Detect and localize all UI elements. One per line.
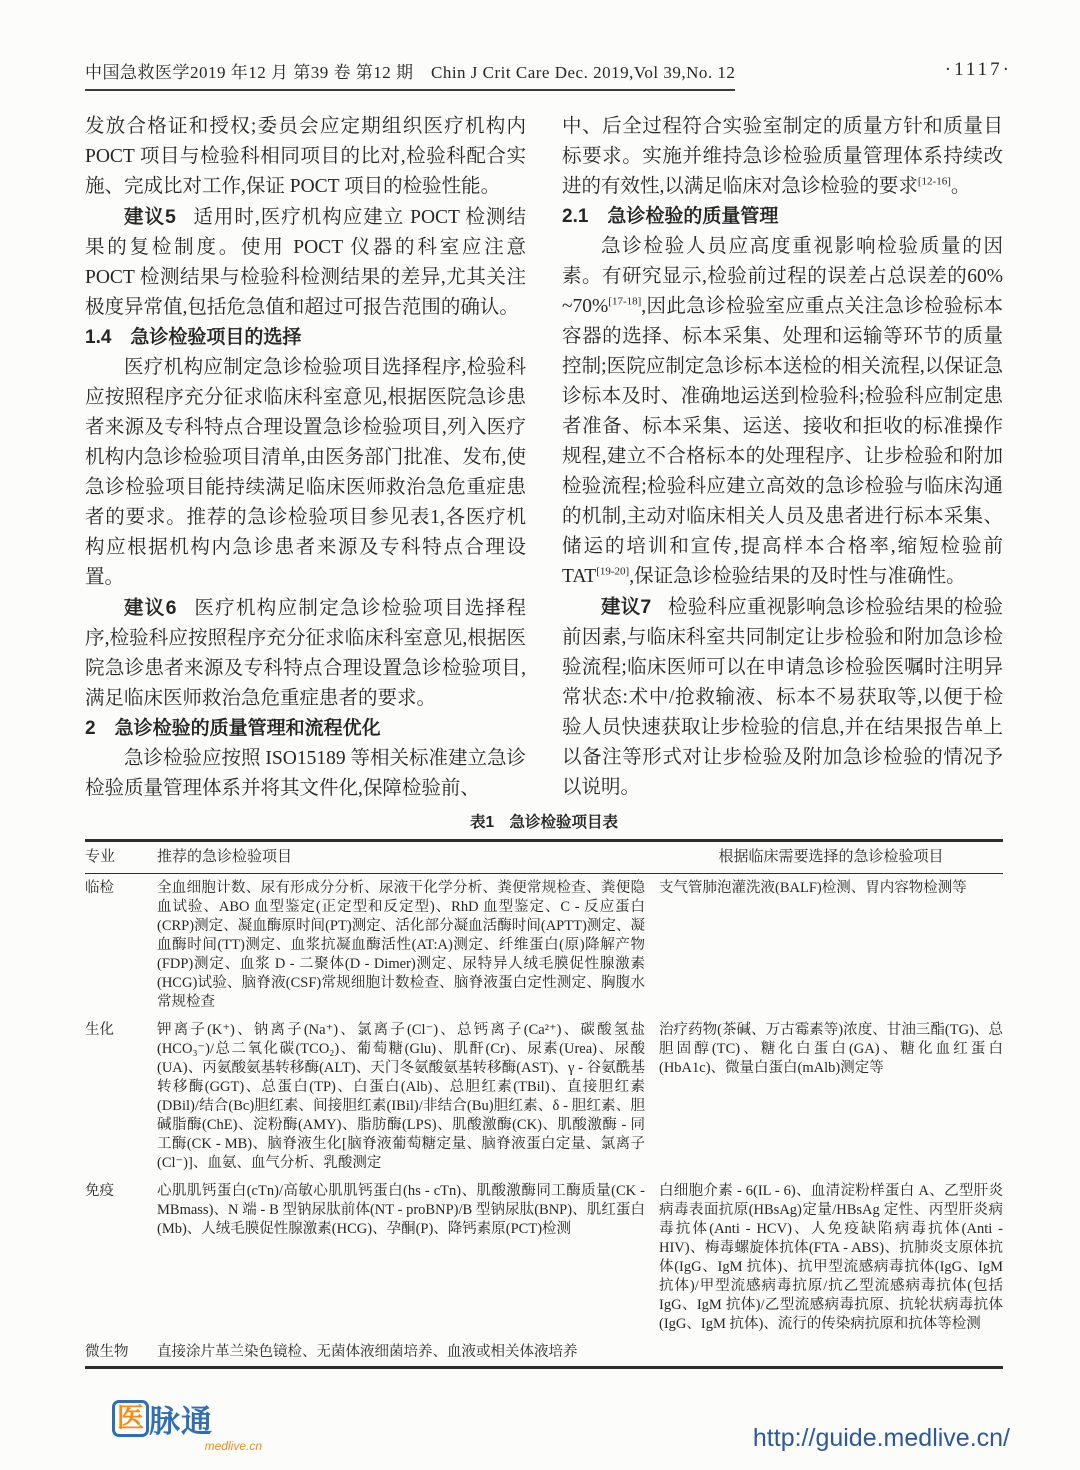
table-row: 免疫 心肌肌钙蛋白(cTn)/高敏心肌肌钙蛋白(hs - cTn)、肌酸激酶同工… xyxy=(85,1177,1003,1338)
section-heading-1-4: 1.4 急诊检验项目的选择 xyxy=(85,323,526,353)
column-header-recommended: 推荐的急诊检验项目 xyxy=(157,841,659,874)
recommended-cell: 直接涂片革兰染色镜检、无菌体液细菌培养、血液或相关体液培养 xyxy=(157,1338,659,1368)
logo-domain-caption: medlive.cn xyxy=(112,1439,262,1453)
table-1-emergency-test-items: 表1 急诊检验项目表 专业 推荐的急诊检验项目 根据临床需要选择的急诊检验项目 … xyxy=(85,810,1003,1369)
page-number: ·1117· xyxy=(945,59,1012,91)
paragraph-text: ,保证急诊检验结果的及时性与准确性。 xyxy=(629,566,965,587)
article-body: 发放合格证和授权;委员会应定期组织医疗机构内POCT 项目与检验科相同项目的比对… xyxy=(85,112,1003,804)
recommended-cell: 钾离子(K⁺)、钠离子(Na⁺)、氯离子(Cl⁻)、总钙离子(Ca²⁺)、碳酸氢… xyxy=(157,1016,659,1177)
section-heading-2: 2 急诊检验的质量管理和流程优化 xyxy=(85,714,526,744)
table-title: 表1 急诊检验项目表 xyxy=(85,810,1003,832)
optional-cell xyxy=(659,1338,1003,1368)
paragraph: 中、后全过程符合实验室制定的质量方针和质量目标要求。实施并维持急诊检验质量管理体… xyxy=(562,112,1003,202)
table-row: 生化 钾离子(K⁺)、钠离子(Na⁺)、氯离子(Cl⁻)、总钙离子(Ca²⁺)、… xyxy=(85,1016,1003,1177)
optional-cell: 治疗药物(茶碱、万古霉素等)浓度、甘油三酯(TG)、总胆固醇(TC)、糖化白蛋白… xyxy=(659,1016,1003,1177)
recommendation-6-label: 建议6 xyxy=(124,597,176,619)
column-header-optional: 根据临床需要选择的急诊检验项目 xyxy=(659,841,1003,874)
recommendation-7-label: 建议7 xyxy=(601,596,651,618)
guide-url-link[interactable]: http://guide.medlive.cn/ xyxy=(753,1424,1010,1453)
optional-cell: 支气管肺泡灌洗液(BALF)检测、胃内容物检测等 xyxy=(659,874,1003,1017)
paragraph-text: ,因此急诊检验室应重点关注急诊检验标本容器的选择、标本采集、处理和运输等环节的质… xyxy=(562,296,1003,587)
logo-wordmark: 脉通 xyxy=(149,1396,213,1441)
citation-ref: [19-20] xyxy=(596,566,629,578)
column-header-specialty: 专业 xyxy=(85,841,157,874)
section-heading-2-1: 2.1 急诊检验的质量管理 xyxy=(562,202,1003,232)
recommendation-5-label: 建议5 xyxy=(124,206,176,228)
test-items-table: 专业 推荐的急诊检验项目 根据临床需要选择的急诊检验项目 临检 全血细胞计数、尿… xyxy=(85,839,1003,1369)
paragraph: 急诊检验应按照 ISO15189 等相关标准建立急诊检验质量管理体系并将其文件化… xyxy=(85,744,526,804)
specialty-cell: 生化 xyxy=(85,1016,157,1177)
recommendation-6: 建议6医疗机构应制定急诊检验项目选择程序,检验科应按照程序充分征求临床科室意见,… xyxy=(85,593,526,714)
specialty-cell: 微生物 xyxy=(85,1338,157,1368)
citation-ref: [17-18] xyxy=(608,296,641,308)
paragraph: 急诊检验人员应高度重视影响检验质量的因素。有研究显示,检验前过程的误差占总误差的… xyxy=(562,232,1003,592)
recommended-cell: 心肌肌钙蛋白(cTn)/高敏心肌肌钙蛋白(hs - cTn)、肌酸激酶同工酶质量… xyxy=(157,1177,659,1338)
recommended-cell: 全血细胞计数、尿有形成分分析、尿液干化学分析、粪便常规检查、粪便隐血试验、ABO… xyxy=(157,874,659,1017)
specialty-cell: 免疫 xyxy=(85,1177,157,1338)
journal-title-line: 中国急救医学2019 年12 月 第39 卷 第12 期 Chin J Crit… xyxy=(85,58,735,91)
specialty-cell: 临检 xyxy=(85,874,157,1017)
citation-ref: [12-16] xyxy=(918,176,951,188)
journal-page: 中国急救医学2019 年12 月 第39 卷 第12 期 Chin J Crit… xyxy=(0,0,1080,1470)
optional-cell: 白细胞介素 - 6(IL - 6)、血清淀粉样蛋白 A、乙型肝炎病毒表面抗原(H… xyxy=(659,1177,1003,1338)
recommendation-7-text: 检验科应重视影响急诊检验结果的检验前因素,与临床科室共同制定让步检验和附加急诊检… xyxy=(562,597,1003,798)
medlive-logo: 医 脉通 medlive.cn xyxy=(112,1396,262,1453)
paragraph: 发放合格证和授权;委员会应定期组织医疗机构内POCT 项目与检验科相同项目的比对… xyxy=(85,112,526,202)
medlive-logo-icon: 医 脉通 xyxy=(112,1396,262,1441)
paragraph: 医疗机构应制定急诊检验项目选择程序,检验科应按照程序充分征求临床科室意见,根据医… xyxy=(85,353,526,593)
table-row: 微生物 直接涂片革兰染色镜检、无菌体液细菌培养、血液或相关体液培养 xyxy=(85,1338,1003,1368)
paragraph-text: 。 xyxy=(951,176,971,197)
table-header-row: 专业 推荐的急诊检验项目 根据临床需要选择的急诊检验项目 xyxy=(85,841,1003,874)
running-head: 中国急救医学2019 年12 月 第39 卷 第12 期 Chin J Crit… xyxy=(85,58,1012,91)
table-row: 临检 全血细胞计数、尿有形成分分析、尿液干化学分析、粪便常规检查、粪便隐血试验、… xyxy=(85,874,1003,1017)
recommendation-5: 建议5适用时,医疗机构应建立 POCT 检测结果的复检制度。使用 POCT 仪器… xyxy=(85,202,526,323)
left-column: 发放合格证和授权;委员会应定期组织医疗机构内POCT 项目与检验科相同项目的比对… xyxy=(85,112,526,804)
recommendation-7: 建议7检验科应重视影响急诊检验结果的检验前因素,与临床科室共同制定让步检验和附加… xyxy=(562,592,1003,803)
logo-boxed-char: 医 xyxy=(112,1400,149,1437)
right-column: 中、后全过程符合实验室制定的质量方针和质量目标要求。实施并维持急诊检验质量管理体… xyxy=(562,112,1003,804)
